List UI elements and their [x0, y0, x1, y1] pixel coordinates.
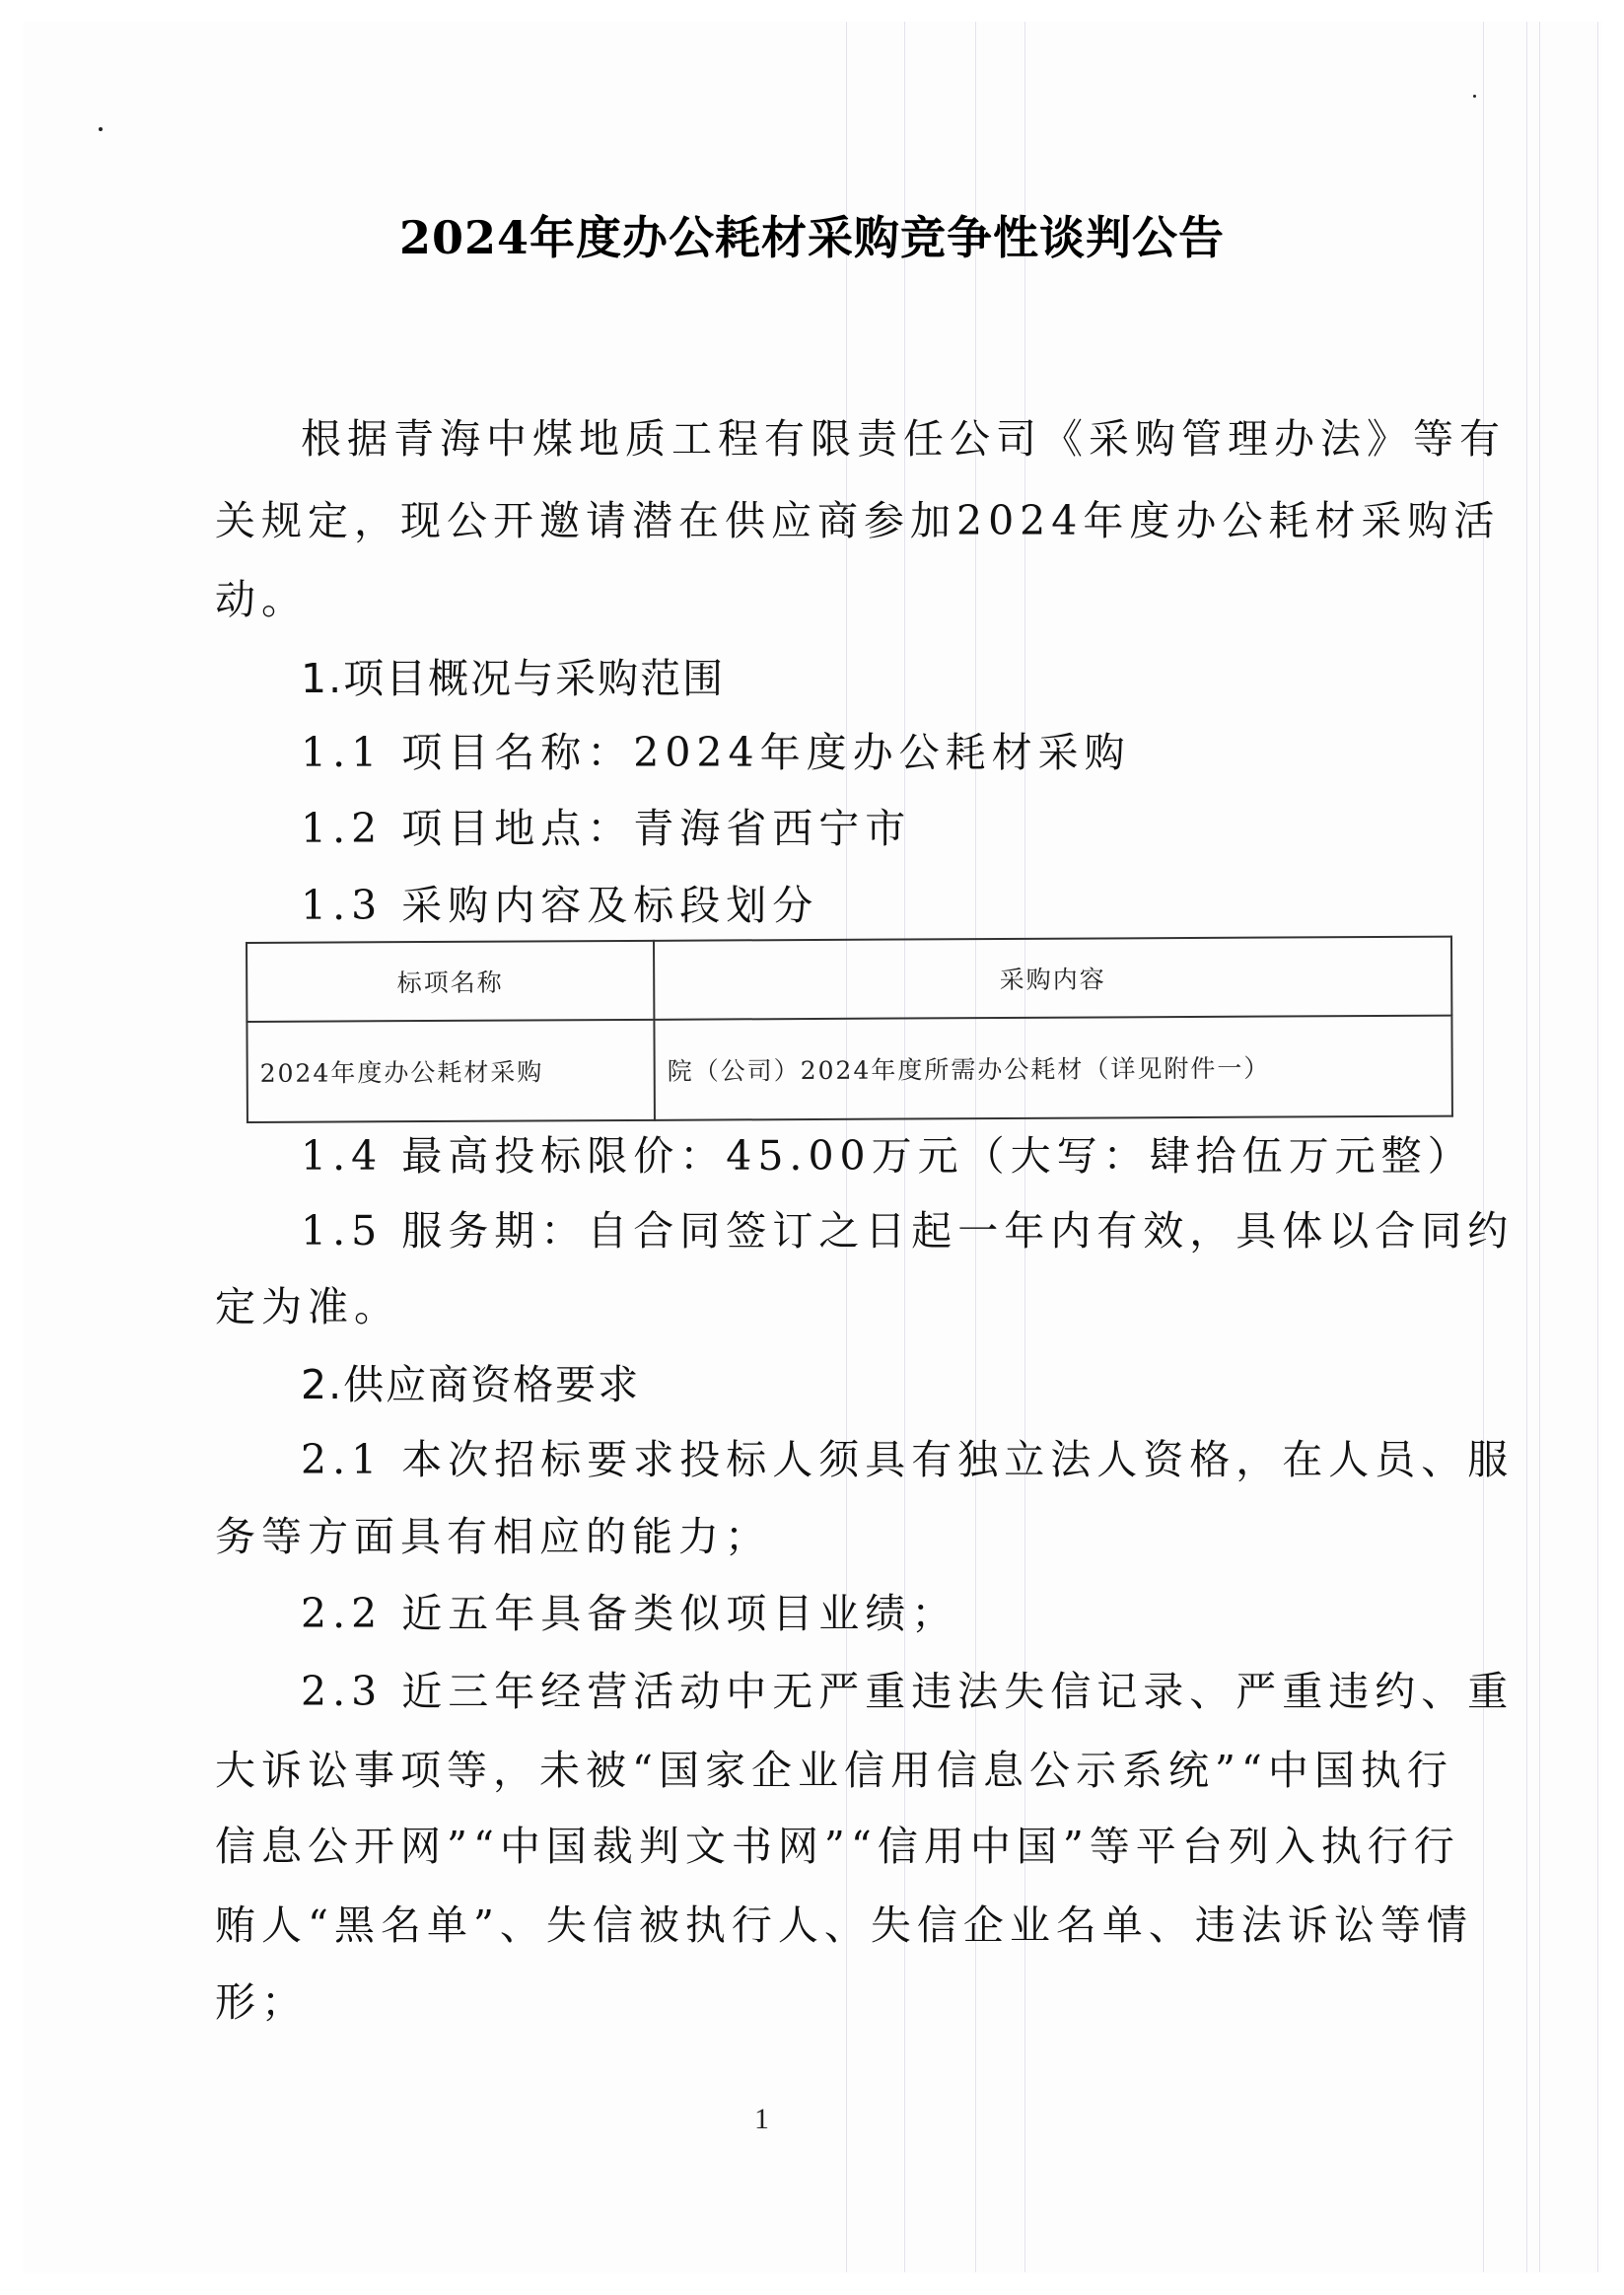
intro-line: 动。: [215, 572, 308, 627]
table-cell: 院（公司）2024年度所需办公耗材（详见附件一）: [654, 1016, 1452, 1120]
item-2-2: 2.2 近五年具备类似项目业绩；: [301, 1586, 957, 1641]
item-1-5: 定为准。: [215, 1279, 400, 1334]
item-2-3: 信息公开网”“中国裁判文书网”“信用中国”等平台列入执行行: [215, 1819, 1460, 1874]
item-2-1: 务等方面具有相应的能力；: [215, 1509, 771, 1564]
scan-artifact-line: [1597, 22, 1598, 2272]
table-header: 标项名称: [247, 941, 654, 1022]
scan-speck: [1473, 95, 1476, 98]
item-1-3: 1.3 采购内容及标段划分: [301, 878, 818, 933]
page-number: 1: [754, 2103, 769, 2136]
item-2-3: 贿人“黑名单”、失信被执行人、失信企业名单、违法诉讼等情: [215, 1898, 1473, 1953]
table-row: 2024年度办公耗材采购 院（公司）2024年度所需办公耗材（详见附件一）: [247, 1016, 1452, 1122]
scan-artifact-line: [1483, 22, 1484, 2272]
table-cell: 2024年度办公耗材采购: [247, 1020, 655, 1122]
item-1-5: 1.5 服务期：自合同签订之日起一年内有效，具体以合同约: [301, 1203, 1514, 1258]
item-1-1: 1.1 项目名称：2024年度办公耗材采购: [301, 725, 1131, 780]
intro-line: 关规定，现公开邀请潜在供应商参加2024年度办公耗材采购活: [215, 493, 1500, 548]
item-2-1: 2.1 本次招标要求投标人须具有独立法人资格，在人员、服: [301, 1432, 1514, 1487]
table-header: 采购内容: [654, 937, 1451, 1020]
scan-speck: [99, 127, 103, 131]
item-1-4: 1.4 最高投标限价：45.00万元（大写：肆拾伍万元整）: [301, 1128, 1474, 1183]
item-1-2: 1.2 项目地点：青海省西宁市: [301, 801, 911, 856]
item-2-3: 2.3 近三年经营活动中无严重违法失信记录、严重违约、重: [301, 1664, 1514, 1719]
section-heading: 2.供应商资格要求: [301, 1357, 640, 1412]
scan-artifact-line: [1526, 22, 1527, 2272]
table-header-row: 标项名称 采购内容: [247, 937, 1451, 1022]
item-2-3: 大诉讼事项等，未被“国家企业信用信息公示系统”“中国执行: [215, 1743, 1453, 1798]
item-2-3: 形；: [215, 1974, 308, 2030]
bid-section-table: 标项名称 采购内容 2024年度办公耗材采购 院（公司）2024年度所需办公耗材…: [246, 936, 1453, 1123]
document-title: 2024年度办公耗材采购竞争性谈判公告: [0, 202, 1624, 267]
section-heading: 1.项目概况与采购范围: [301, 651, 725, 706]
intro-line: 根据青海中煤地质工程有限责任公司《采购管理办法》等有: [301, 411, 1506, 466]
scan-artifact-line: [1539, 22, 1540, 2272]
